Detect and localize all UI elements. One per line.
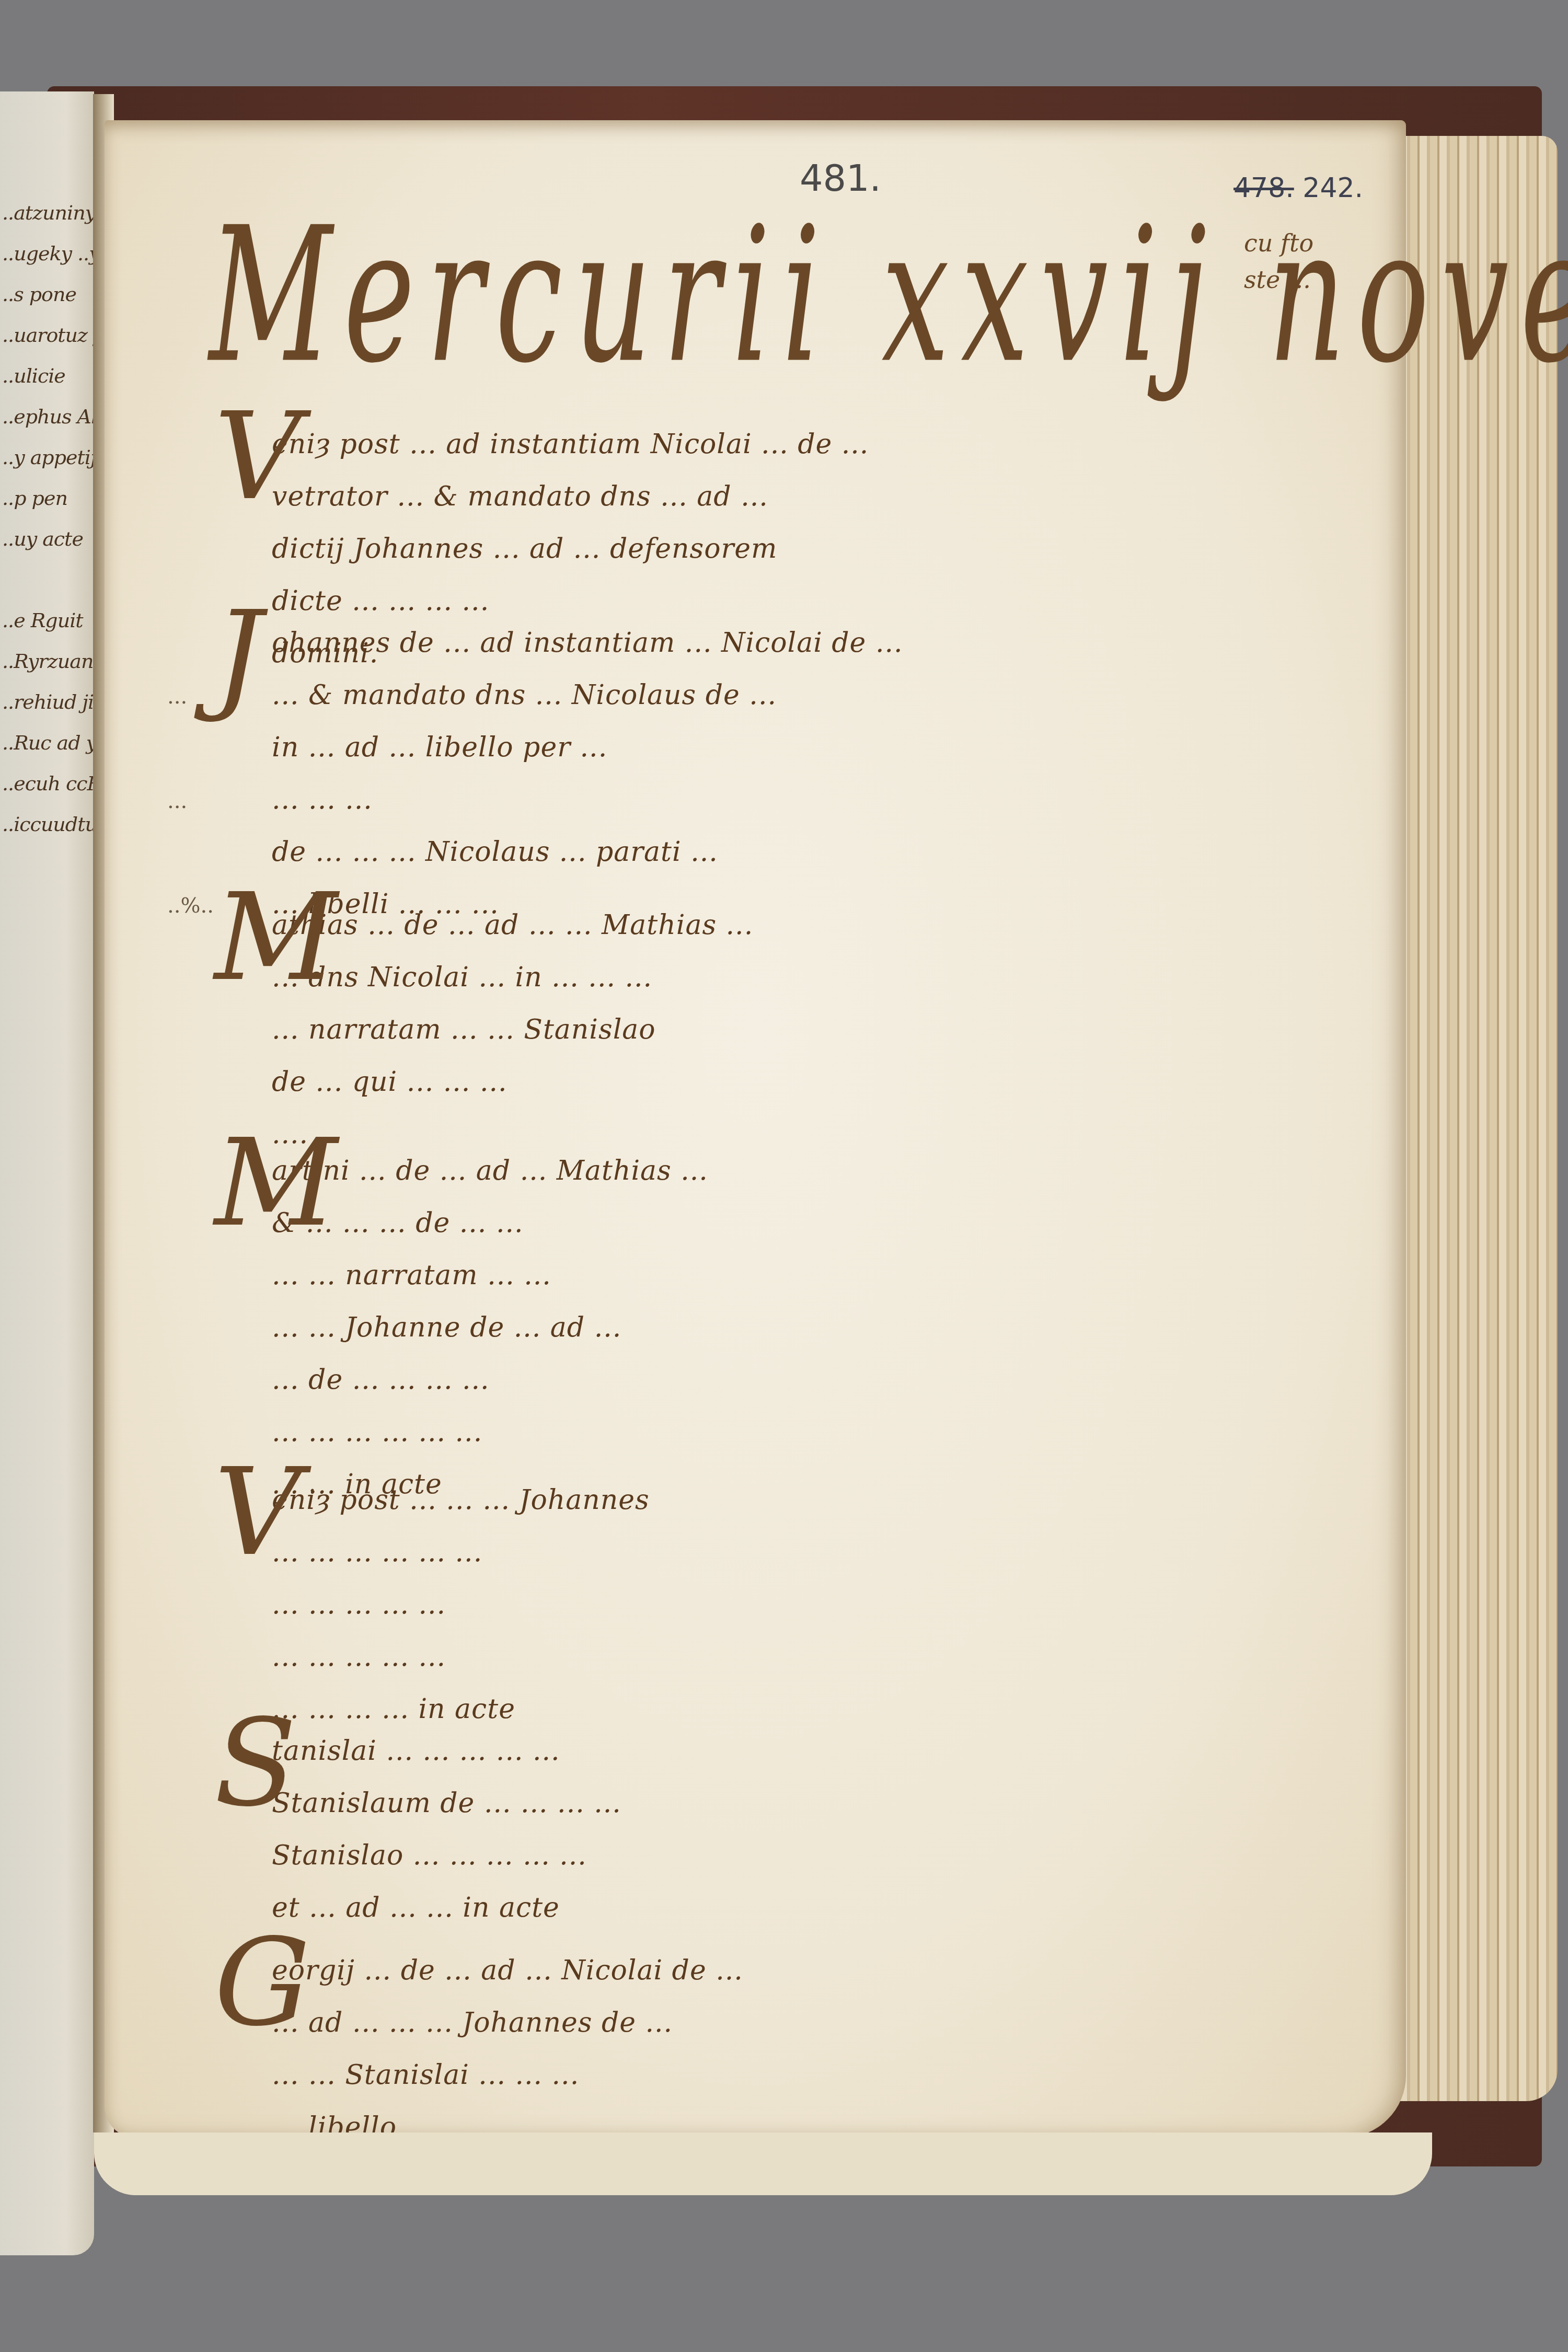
decorated-initial: V [214, 397, 301, 517]
entry-line: ... ... ... ... ... ... [272, 1526, 1390, 1578]
entry-line: ohannes de ... ad instantiam ... Nicolai… [272, 617, 1390, 669]
entry-line: artini ... de ... ad ... Mathias ... [272, 1145, 1390, 1197]
entry-line: Stanislaum de ... ... ... ... [272, 1777, 1390, 1829]
left-page-line: ..s pone [2, 283, 76, 306]
left-page-line: ..ecuh ccR [2, 772, 94, 795]
entry-line: in ... ad ... libello per ... [272, 721, 1390, 774]
left-page-line: ..atzuniny [2, 201, 94, 224]
decorated-initial: G [214, 1923, 310, 2044]
entry-line: ... de ... ... ... ... [272, 1354, 1390, 1406]
entry-line: & ... ... ... de ... ... [272, 1197, 1390, 1249]
left-page-line: ..Ryrzuanus [2, 650, 94, 673]
left-page-line: ..p pen [2, 487, 67, 510]
entry-line: et ... ad ... ... in acte [272, 1882, 1390, 1934]
entry-line: vetrator ... & mandato dns ... ad ... [272, 470, 1390, 523]
decorated-initial: S [214, 1704, 297, 1824]
entry-line: ... ... ... ... ... [272, 1578, 1390, 1631]
left-page-line: ..uy acte [2, 527, 83, 550]
entry-line: ... & mandato dns ... Nicolaus de ... [272, 669, 1390, 721]
left-page-line: ..uarotuz y [2, 324, 94, 347]
date-heading: Mercurii xxvij novembris [209, 188, 1568, 405]
entry-line: Stanislao ... ... ... ... ... [272, 1829, 1390, 1882]
left-page-line: ..ephus Ahz [2, 405, 94, 428]
entry-line: ... ... Johanne de ... ad ... [272, 1301, 1390, 1354]
page-edges-stack [1380, 136, 1558, 2101]
entry-line: tanislai ... ... ... ... ... [272, 1725, 1390, 1777]
side-note-line: cu fto [1244, 225, 1313, 261]
entry-line: ... dns Nicolai ... in ... ... ... [272, 951, 1390, 1004]
register-entry: Mathias ... de ... ad ... ... Mathias ..… [272, 899, 1390, 1160]
decorated-initial: V [214, 1453, 301, 1573]
entry-line: dictij Johannes ... ad ... defensorem [272, 523, 1390, 575]
decorated-initial: J [214, 596, 262, 716]
margin-mark: ... [167, 685, 187, 709]
register-entry: Veniȝ post ... ... ... Johannes... ... .… [272, 1474, 1390, 1735]
entry-line: ... ... ... ... ... [272, 1631, 1390, 1683]
left-page-line: ..y appetij [2, 446, 94, 469]
left-page-line: ..rehiud ji [2, 690, 94, 713]
register-entry: Stanislai ... ... ... ... ... Stanislaum… [272, 1725, 1390, 1934]
entry-line: eniȝ post ... ... ... Johannes [272, 1474, 1390, 1526]
entry-line: ... ... Stanislai ... ... ... [272, 2049, 1390, 2101]
entry-line: ... ... ... [272, 774, 1390, 826]
side-note-line: ste ... [1244, 261, 1313, 298]
left-page-line: ..Ruc ad y [2, 731, 94, 754]
entry-line: de ... qui ... ... ... [272, 1056, 1390, 1108]
left-page-line: ..e Rguit [2, 609, 83, 632]
margin-mark: ..%.. [167, 894, 214, 918]
heading-side-note: cu fto ste ... [1244, 225, 1313, 298]
page-bottom-edge [94, 2132, 1432, 2195]
entry-line: athias ... de ... ad ... ... Mathias ... [272, 899, 1390, 951]
register-entry: Johannes de ... ad instantiam ... Nicola… [272, 617, 1390, 930]
entry-line: ... ... ... ... ... ... [272, 1406, 1390, 1458]
left-page-fragment: ..atzuniny..ugeky ..y..s pone..uarotuz y… [0, 91, 94, 2255]
register-entry: Martini ... de ... ad ... Mathias ...& .… [272, 1145, 1390, 1511]
entry-line: ... narratam ... ... Stanislao [272, 1004, 1390, 1056]
left-page-line: ..ulicie [2, 364, 65, 387]
decorated-initial: M [214, 1124, 338, 1244]
entry-line: de ... ... ... Nicolaus ... parati ... [272, 826, 1390, 878]
entry-line: ... ad ... ... ... Johannes de ... [272, 1997, 1390, 2049]
entry-line: eorgij ... de ... ad ... Nicolai de ... [272, 1944, 1390, 1997]
entry-line: ... ... narratam ... ... [272, 1249, 1390, 1301]
decorated-initial: M [214, 878, 338, 998]
left-page-line: ..ugeky ..y [2, 242, 94, 265]
entry-line: eniȝ post ... ad instantiam Nicolai ... … [272, 418, 1390, 470]
left-page-line: ..iccuudtuz [2, 813, 94, 836]
margin-mark: ... [167, 789, 187, 813]
